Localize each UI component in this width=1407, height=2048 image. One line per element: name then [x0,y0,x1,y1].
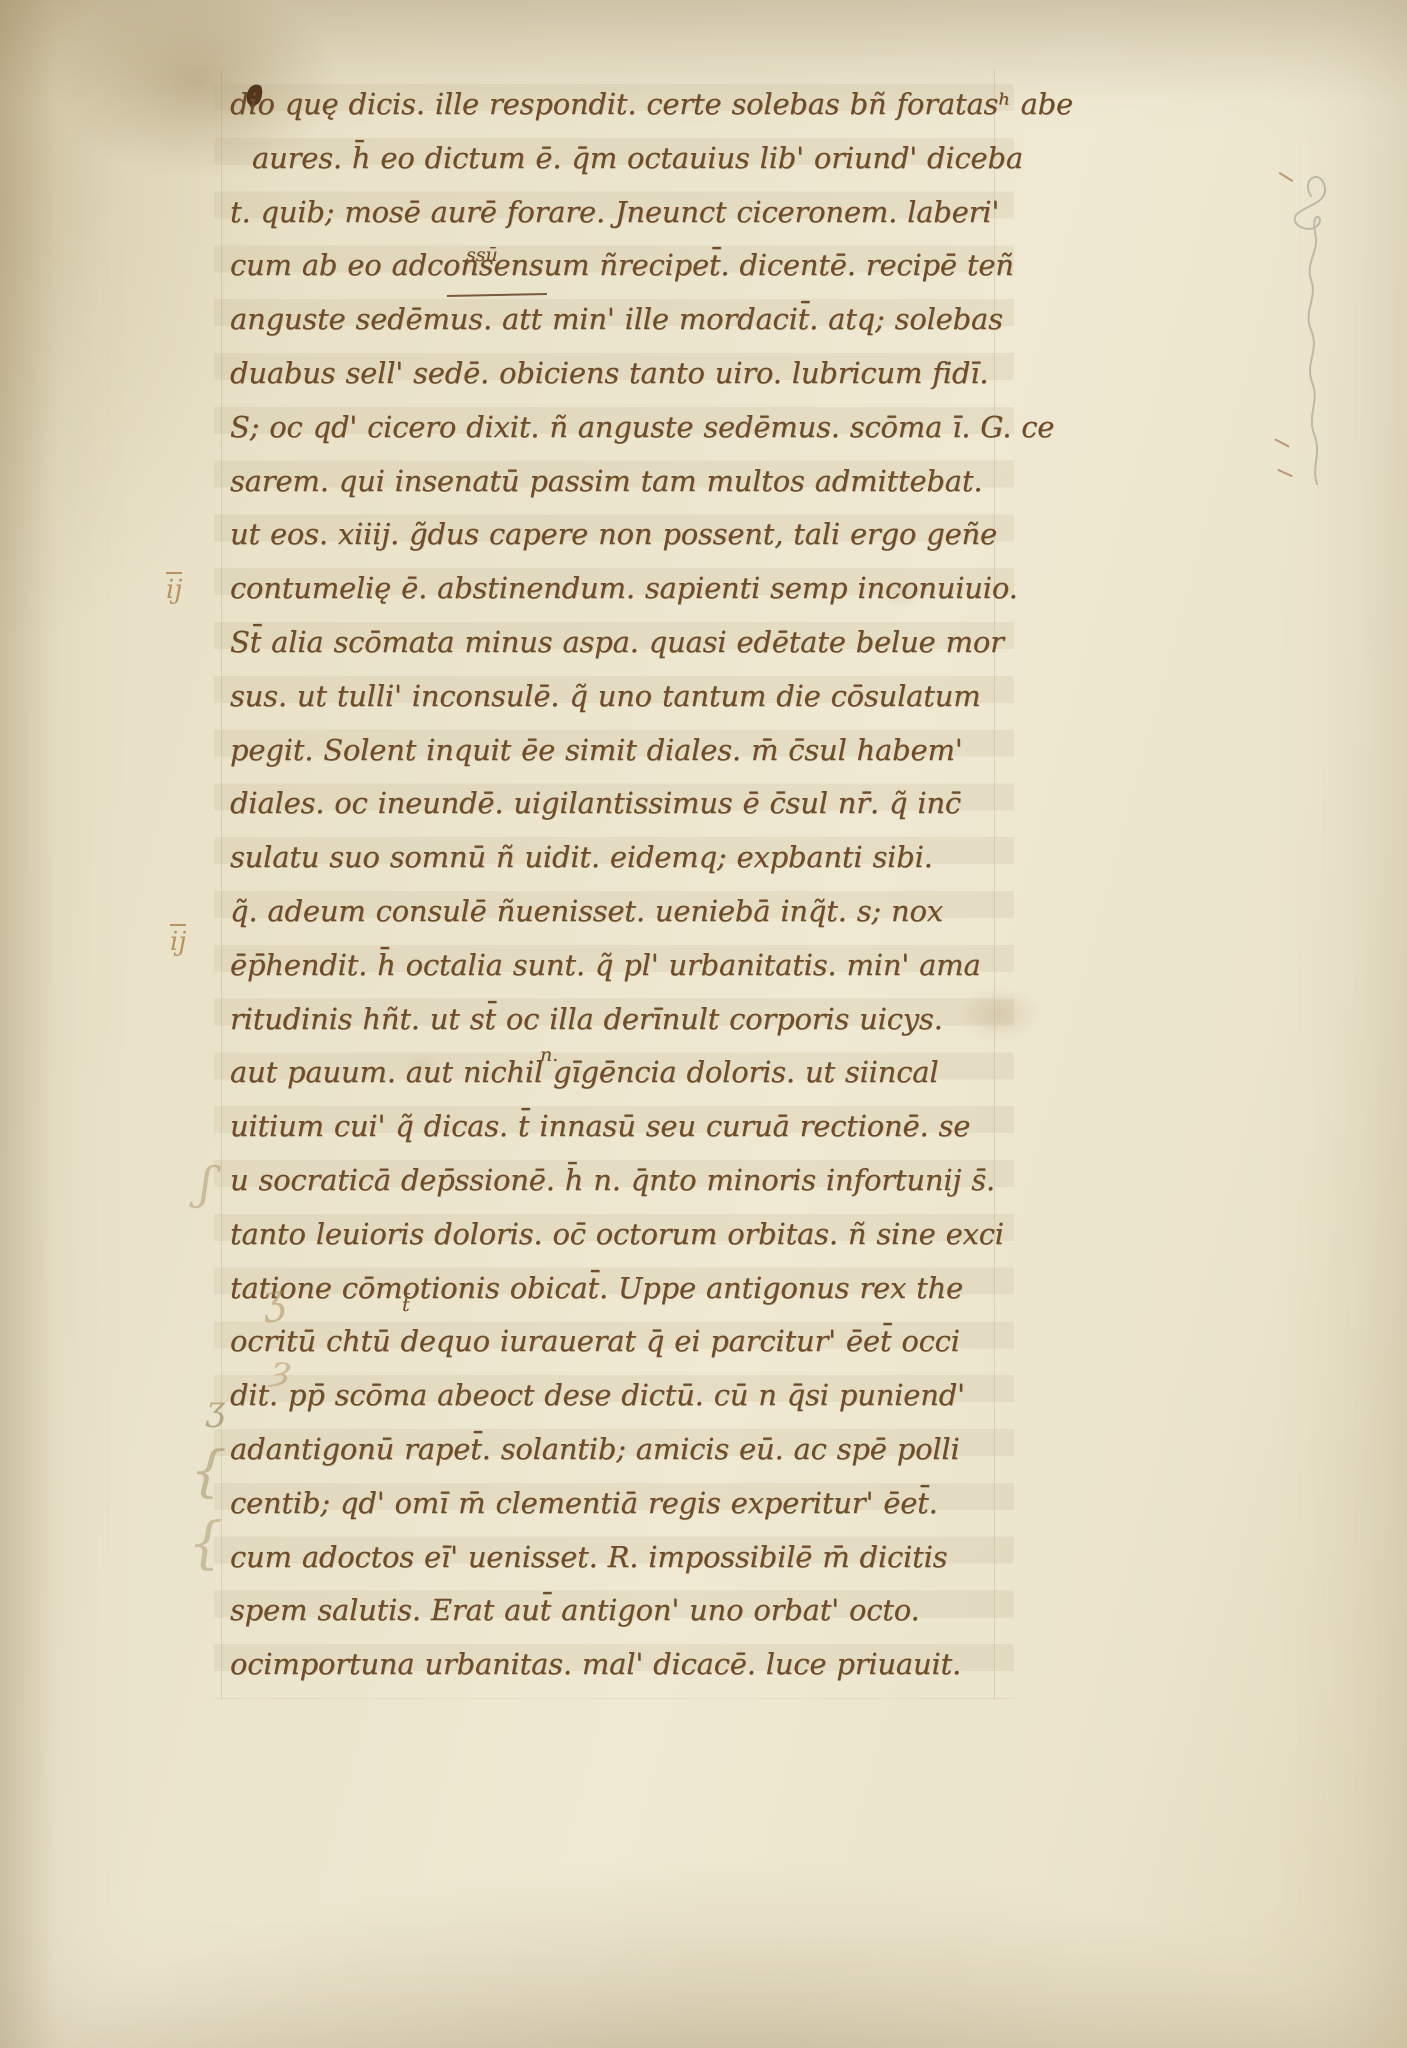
manuscript-line: tatione cōmotionis obicat̄. Uppe antigon… [230,1262,1040,1316]
manuscript-line: anguste sedēmus. att min' ille mordacit̄… [230,293,1040,347]
interlinear-correction: t̄ [402,1296,410,1315]
manuscript-line: ut eos. xiiij. g̃dus capere non possent,… [230,508,1040,562]
manuscript-line: sus. ut tulli' inconsulē. q̃ uno tantum … [230,670,1040,724]
manuscript-line: q̃. adeum consulē ñuenisset. ueniebā inq… [230,885,1040,939]
manuscript-line: St̄ alia scōmata minus aspa. quasi edēta… [230,616,1040,670]
manuscript-line: dit. pp̄ scōma abeoct dese dictū. cū n q… [230,1369,1040,1423]
interlinear-correction: n. [540,1046,558,1065]
stray-ink-tick [1274,438,1289,447]
stray-ink-tick [1279,172,1294,182]
manuscript-line: aut pauum. aut nichil gīgēncia doloris. … [230,1046,1040,1100]
margin-mark: ʃ [198,1159,215,1206]
margin-mark: ʒ [206,1392,225,1426]
manuscript-line: t. quib; mosē aurē forare. Jneunct cicer… [230,186,1040,240]
manuscript-line: cum ab eo adconsensum ñrecipet̄. dicentē… [230,239,1040,293]
manuscript-line: tanto leuioris doloris. oc̄ octorum orbi… [230,1208,1040,1262]
manuscript-line: pegit. Solent inquit ēe simit diales. m̄… [230,724,1040,778]
manuscript-line: uitium cui' q̃ dicas. t̄ innasū seu curu… [230,1100,1040,1154]
manuscript-line: spem salutis. Erat aut̄ antigon' uno orb… [230,1584,1040,1638]
stray-ink-tick [1277,469,1292,477]
manuscript-line: dio quę dicis. ille respondit. certe sol… [230,78,1040,132]
text-block: dio quę dicis. ille respondit. certe sol… [230,78,1040,1692]
manuscript-line: aures. h̄ eo dictum ē. q̄m octauius lib'… [230,132,1040,186]
manuscript-line: sarem. qui insenatū passim tam multos ad… [230,455,1040,509]
manuscript-line: cum adoctos eī' uenisset. R. impossibilē… [230,1531,1040,1585]
manuscript-page: dio quę dicis. ille respondit. certe sol… [0,0,1407,2048]
manuscript-line: ritudinis hñt. ut st̄ oc illa derīnult c… [230,993,1040,1047]
manuscript-line: ocimportuna urbanitas. mal' dicacē. luce… [230,1638,1040,1692]
manuscript-line: duabus sell' sedē. obiciens tanto uiro. … [230,347,1040,401]
interlinear-correction: ssū [466,246,498,265]
manuscript-line: ocritū chtū dequo iurauerat q̄ ei parcit… [230,1315,1040,1369]
margin-mark: ij [170,924,186,955]
manuscript-line: u socraticā dep̄ssionē. h̄ n. q̄nto mino… [230,1154,1040,1208]
manuscript-line: adantigonū rapet̄. solantib; amicis eū. … [230,1423,1040,1477]
manuscript-line: centib; qd' omī m̄ clementiā regis exper… [230,1477,1040,1531]
manuscript-line: diales. oc ineundē. uigilantissimus ē c̄… [230,777,1040,831]
manuscript-line: ēp̄hendit. h̄ octalia sunt. q̃ pl' urban… [230,939,1040,993]
margin-mark: ij [166,572,182,603]
manuscript-line: S; oc qd' cicero dixit. ñ anguste sedēmu… [230,401,1040,455]
margin-mark: { [187,1515,225,1572]
manuscript-line: contumelię ē. abstinendum. sapienti semp… [230,562,1040,616]
margin-mark: { [189,1443,228,1501]
manuscript-line: sulatu suo somnū ñ uidit. eidemq; expban… [230,831,1040,885]
